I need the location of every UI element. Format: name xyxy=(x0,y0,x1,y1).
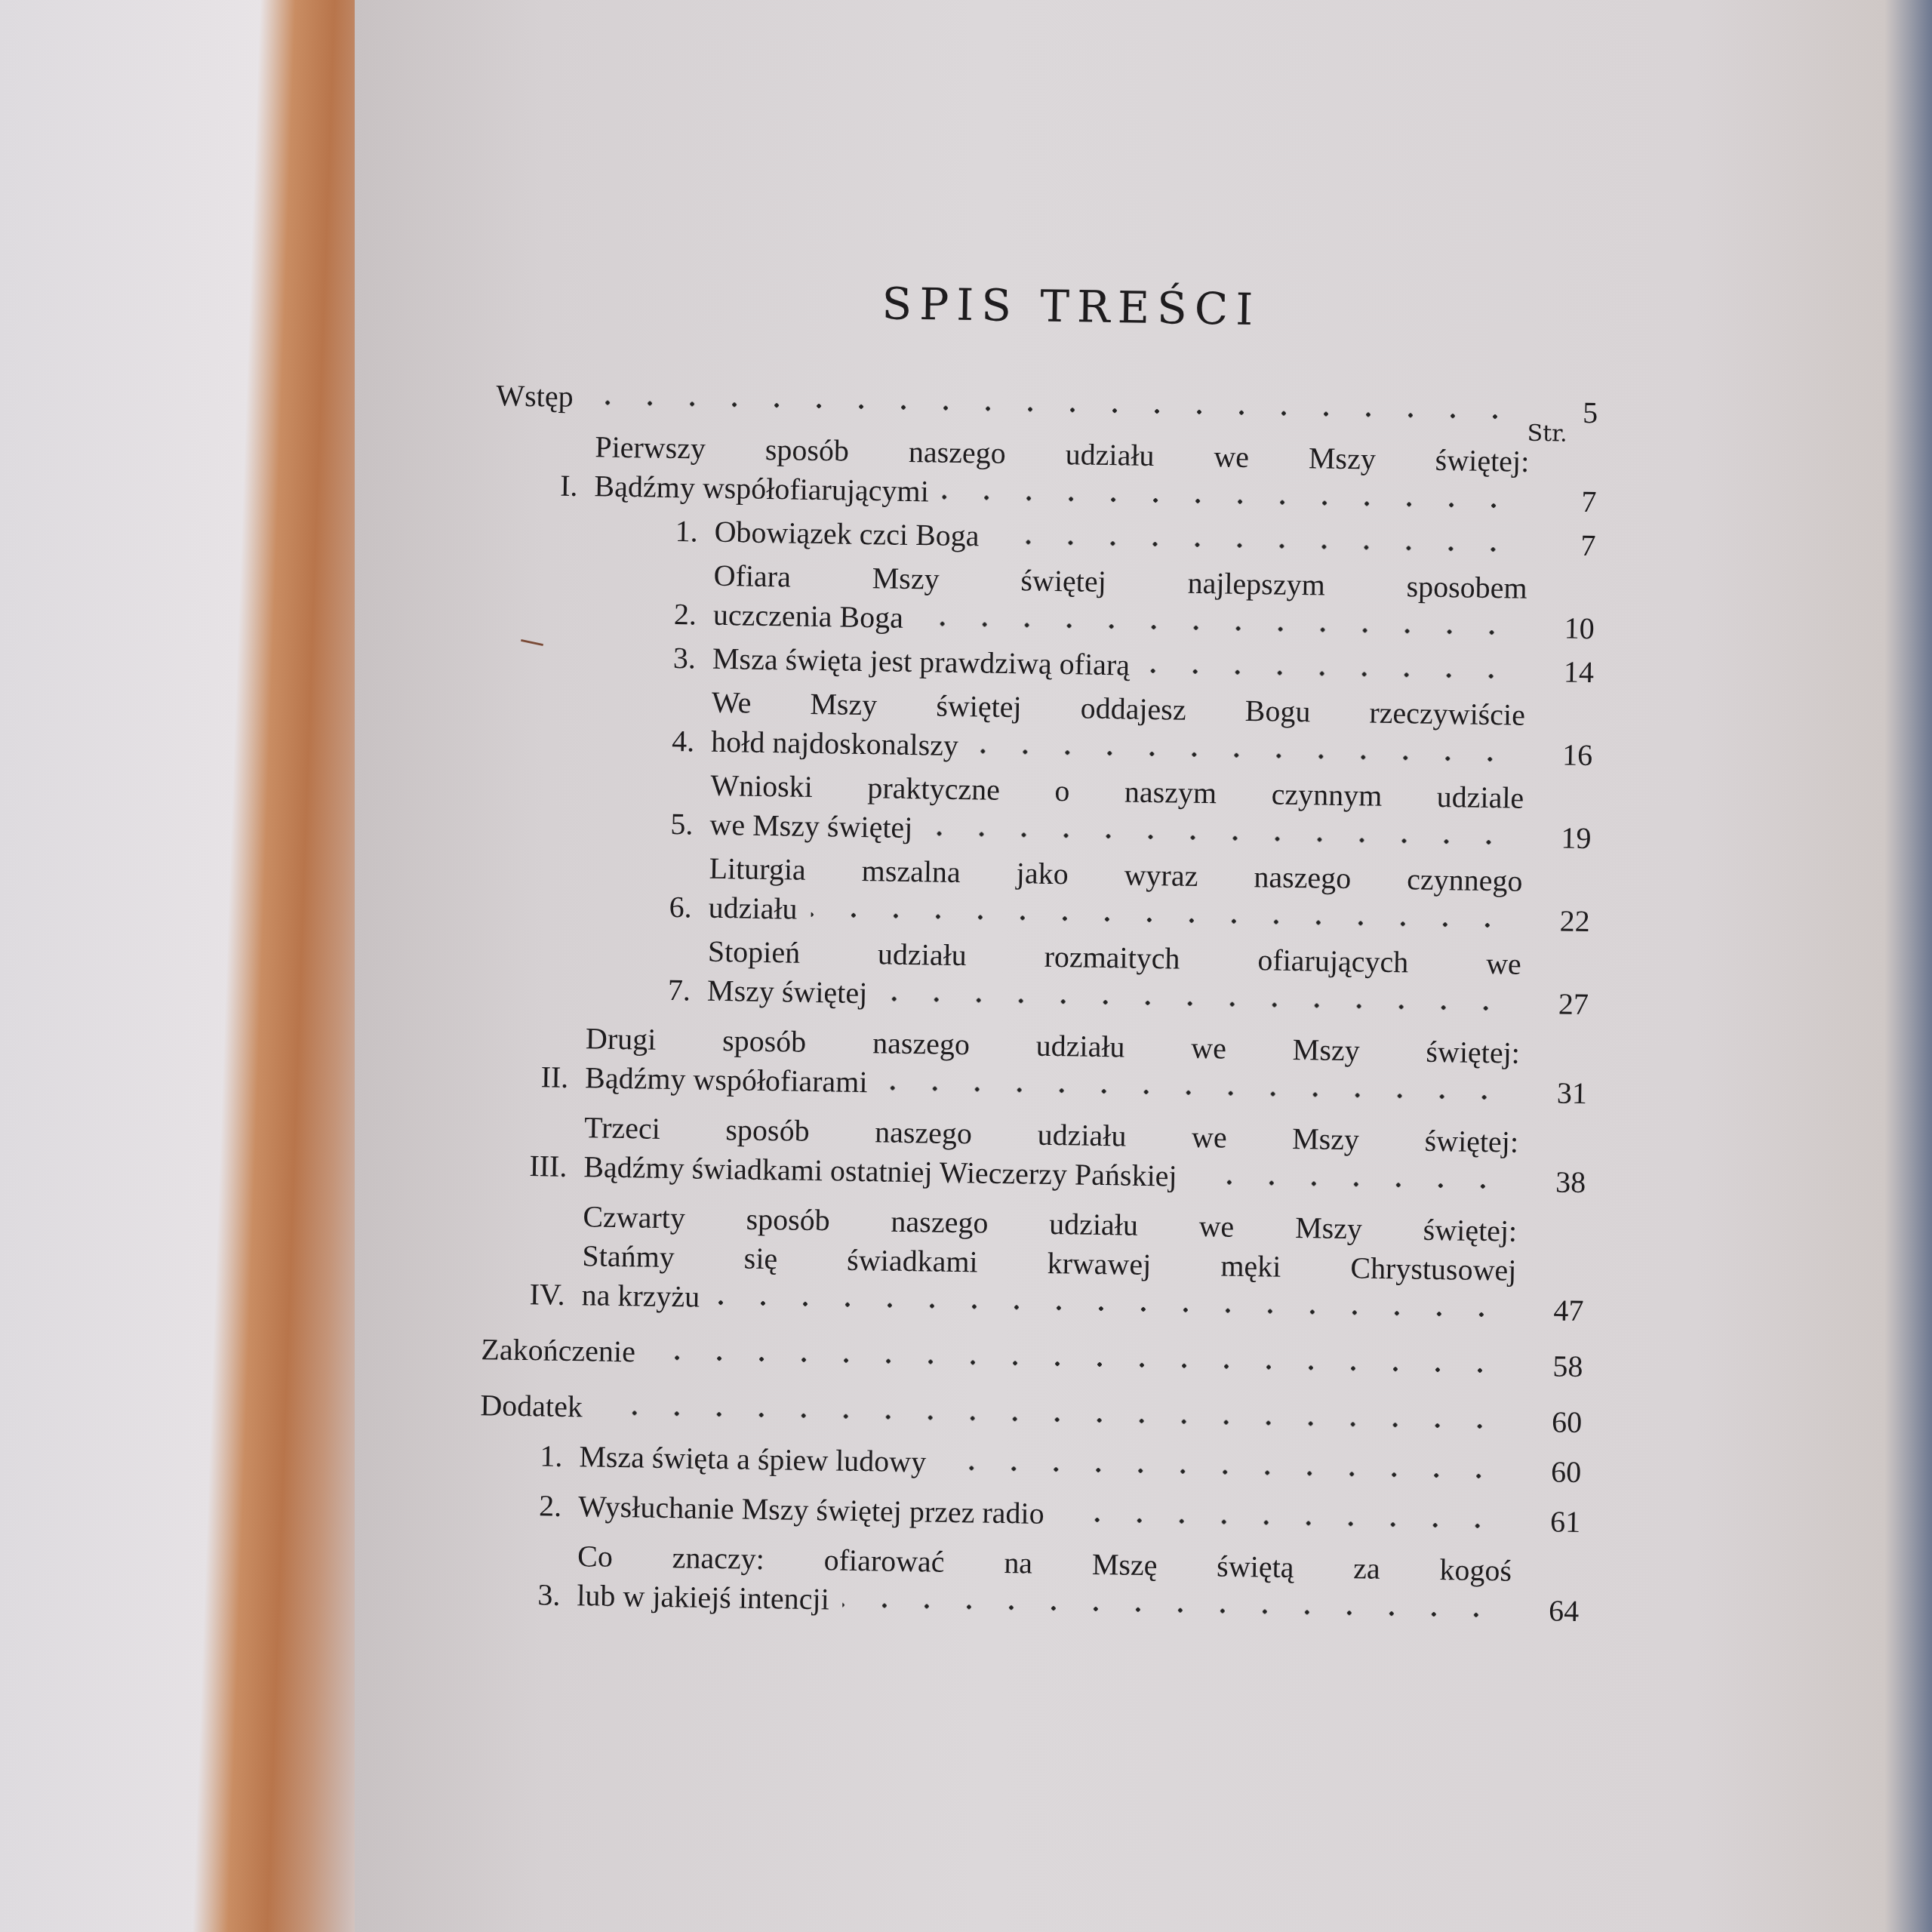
toc-entry-number: IV. xyxy=(466,1274,582,1315)
toc-entry-text: Zakończenie xyxy=(481,1330,635,1371)
dot-leader xyxy=(917,620,1513,636)
dot-leader xyxy=(972,747,1511,763)
toc-entry-number: 2. xyxy=(463,1485,579,1526)
dot-leader xyxy=(881,1084,1506,1101)
toc-entry-text: Msza święta a śpiew ludowy xyxy=(579,1437,927,1481)
dot-leader xyxy=(649,1354,1502,1375)
toc-entry-page: 5 xyxy=(1530,392,1598,432)
toc-entry-page: 14 xyxy=(1525,652,1594,692)
toc-entry-page: 31 xyxy=(1519,1073,1588,1113)
toc-entry-number: 1. xyxy=(478,509,715,552)
toc-entry-number: 3. xyxy=(477,635,713,678)
toc-entry-page: 16 xyxy=(1524,735,1593,775)
toc-entry-number: 6. xyxy=(472,884,709,928)
toc-entry-page: 61 xyxy=(1512,1502,1581,1542)
toc-entry: 2.Ofiara Mszy świętej najlepszym sposobe… xyxy=(478,552,1595,648)
dot-leader xyxy=(940,1464,1500,1481)
toc-entry: Zakończenie58 xyxy=(481,1330,1583,1386)
toc-entry: Wstęp5 xyxy=(496,376,1598,432)
toc-entry-number: 5. xyxy=(474,801,710,844)
dot-leader xyxy=(811,911,1508,930)
toc-entry-page: 22 xyxy=(1521,901,1590,941)
dot-leader xyxy=(596,1409,1500,1431)
toc-entry: IV.Czwarty sposób naszego udziału we Msz… xyxy=(466,1195,1585,1331)
toc-entry-text: lub w jakiejś intencji xyxy=(577,1576,829,1619)
toc-entry: II.Drugi sposób naszego udziału we Mszy … xyxy=(470,1017,1588,1113)
dot-leader xyxy=(926,829,1509,846)
toc-entry-text: Bądźmy współofiarami xyxy=(585,1058,868,1102)
dot-leader xyxy=(992,538,1514,554)
toc-entry-page: 38 xyxy=(1518,1162,1586,1202)
toc-entry-number: I. xyxy=(479,465,595,506)
toc-entry: 5.Wnioski praktyczne o naszym czynnym ud… xyxy=(474,762,1592,858)
dot-leader xyxy=(1143,667,1512,681)
toc-entry: 4.We Mszy świętej oddajesz Bogu rzeczywi… xyxy=(475,679,1593,775)
toc-entry-number: 2. xyxy=(478,592,714,635)
toc-entry: 7.Stopień udziału rozmaitych ofiarującyc… xyxy=(472,928,1589,1024)
toc-entry-text: Msza święta jest prawdziwą ofiarą xyxy=(712,639,1131,685)
toc-entry-page: 27 xyxy=(1521,984,1589,1024)
toc-entry-number: 3. xyxy=(462,1574,577,1615)
toc-entry-number: 4. xyxy=(475,718,712,761)
dot-leader xyxy=(843,1601,1498,1620)
toc-entry-number: II. xyxy=(470,1057,586,1097)
toc-list: Wstęp5I.Pierwszy sposób naszego udziału … xyxy=(462,376,1598,1631)
toc-entry-text: Bądźmy świadkami ostatniej Wieczerzy Pań… xyxy=(583,1147,1177,1195)
toc-entry: III.Trzeci sposób naszego udziału we Msz… xyxy=(469,1106,1586,1202)
toc-entry-page: 64 xyxy=(1511,1591,1580,1631)
toc-entry-text: Wysłuchanie Mszy świętej przez radio xyxy=(578,1487,1044,1534)
toc-entry-text: Obowiązek czci Boga xyxy=(714,512,980,556)
toc-entry-page: 60 xyxy=(1514,1402,1583,1442)
toc-entry-page: 7 xyxy=(1528,481,1597,521)
toc-entry-text: Wstęp xyxy=(496,376,574,417)
toc-entry-page: 7 xyxy=(1527,525,1596,565)
toc-entry-text: uczczenia Boga xyxy=(712,595,903,638)
toc-entry: 2.Wysłuchanie Mszy świętej przez radio61 xyxy=(463,1485,1581,1542)
toc-entry-page: 10 xyxy=(1526,608,1595,648)
toc-entry-text: we Mszy świętej xyxy=(709,805,913,848)
toc-entry-text: Mszy świętej xyxy=(707,971,868,1013)
toc-entry: 1.Msza święta a śpiew ludowy60 xyxy=(464,1435,1582,1492)
dot-leader xyxy=(713,1299,1502,1318)
dot-leader xyxy=(943,494,1515,510)
toc-entry-text: na krzyżu xyxy=(581,1275,700,1316)
dot-leader xyxy=(1057,1515,1499,1530)
toc-entry: Dodatek60 xyxy=(480,1386,1583,1442)
dot-leader xyxy=(1190,1178,1504,1191)
toc-entry-text: udziału xyxy=(708,888,798,929)
table-of-contents: SPIS TREŚCI Str. Wstęp5I.Pierwszy sposób… xyxy=(462,272,1600,1631)
toc-entry-page: 58 xyxy=(1515,1346,1583,1386)
dot-leader xyxy=(586,398,1516,420)
toc-entry-number: 7. xyxy=(472,968,708,1011)
toc-entry-page: 60 xyxy=(1513,1452,1582,1492)
dot-leader xyxy=(881,995,1507,1012)
toc-entry-text: hołd najdoskonalszy xyxy=(711,722,959,765)
toc-entry-page: 47 xyxy=(1515,1291,1584,1331)
toc-entry-page: 19 xyxy=(1523,818,1592,858)
toc-entry: 6.Liturgia mszalna jako wyraz naszego cz… xyxy=(472,845,1590,941)
toc-entry-text: Bądźmy współofiarującymi xyxy=(594,466,929,511)
toc-entry-number: III. xyxy=(469,1146,584,1186)
toc-entry: I.Pierwszy sposób naszego udziału we Msz… xyxy=(479,426,1597,521)
toc-entry-number: 1. xyxy=(464,1435,580,1476)
toc-entry-text: Dodatek xyxy=(480,1386,583,1426)
